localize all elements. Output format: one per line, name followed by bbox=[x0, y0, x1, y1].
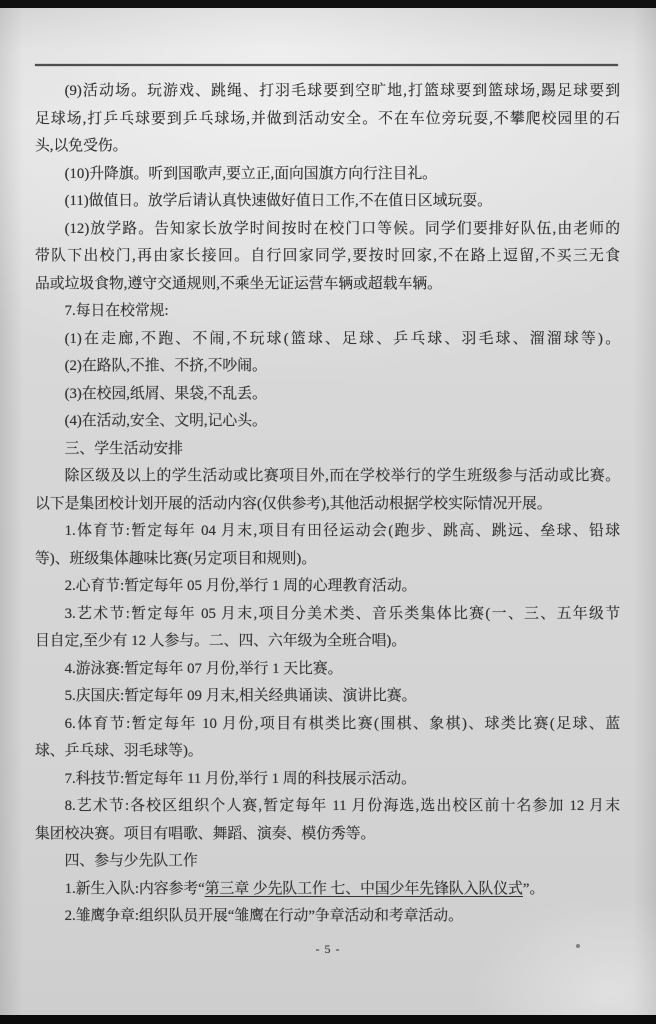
letterbox-bottom-bar bbox=[0, 1015, 656, 1024]
list-item-science-festival: 7.科技节:暂定每年 11 月份,举行 1 周的科技展示活动。 bbox=[35, 766, 620, 794]
list-item-sports-festival: 1.体育节:暂定每年 04 月末,项目有田径运动会(跑步、跳高、跳远、垒球、铅球 bbox=[35, 518, 620, 546]
list-item-swimming-contest: 4.游泳赛:暂定每年 07 月份,举行 1 天比赛。 bbox=[35, 656, 620, 684]
header-rule bbox=[35, 64, 618, 66]
text-line: 品或垃圾食物,遵守交通规则,不乘坐无证运营车辆或超载车辆。 bbox=[35, 271, 620, 299]
section-heading-student-activities: 三、学生活动安排 bbox=[35, 436, 620, 464]
text-line: (3)在校园,纸屑、果袋,不乱丢。 bbox=[35, 381, 620, 409]
list-item-art-festival-individual: 8.艺术节:各校区组织个人赛,暂定每年 11 月份海选,选出校区前十名参加 12… bbox=[35, 793, 620, 821]
text-line: 除区级及以上的学生活动或比赛项目外,而在学校举行的学生班级参与活动或比赛。 bbox=[35, 463, 620, 491]
list-item-national-day: 5.庆国庆:暂定每年 09 月末,相关经典诵读、演讲比赛。 bbox=[35, 683, 620, 711]
list-item-art-festival: 3.艺术节:暂定每年 05 月末,项目分美术类、音乐类集体比赛(一、三、五年级节 bbox=[35, 601, 620, 629]
text-line: 以下是集团校计划开展的活动内容(仅供参考),其他活动根据学校实际情况开展。 bbox=[35, 491, 620, 519]
list-item-mental-health-festival: 2.心育节:暂定每年 05 月份,举行 1 周的心理教育活动。 bbox=[35, 573, 620, 601]
document-body: (9)活动场。玩游戏、跳绳、打羽毛球要到空旷地,打篮球要到篮球场,踢足球要到 足… bbox=[35, 78, 620, 931]
text-line: 头,以免受伤。 bbox=[35, 133, 620, 161]
text-line: 目自定,至少有 12 人参与。二、四、六年级为全班合唱)。 bbox=[35, 628, 620, 656]
list-item-eaglet-badge: 2.雏鹰争章:组织队员开展“雏鹰在行动”争章活动和考章活动。 bbox=[35, 903, 620, 931]
text-segment: 1.新生入队:内容参考“ bbox=[65, 881, 205, 897]
text-line: (12)放学路。告知家长放学时间按时在校门口等候。同学们要排好队伍,由老师的 bbox=[35, 216, 620, 244]
text-line: 足球场,打乒乓球要到乒乓球场,并做到活动安全。不在车位旁玩耍,不攀爬校园里的石 bbox=[35, 106, 620, 134]
text-line: (10)升降旗。听到国歌声,要立正,面向国旗方向行注目礼。 bbox=[35, 161, 620, 189]
text-line: (9)活动场。玩游戏、跳绳、打羽毛球要到空旷地,打篮球要到篮球场,踢足球要到 bbox=[35, 78, 620, 106]
text-line: (2)在路队,不推、不挤,不吵闹。 bbox=[35, 353, 620, 381]
list-item-daily-rules: 7.每日在校常规: bbox=[35, 298, 620, 326]
letterbox-top-bar bbox=[0, 0, 656, 8]
text-line: 集团校决赛。项目有唱歌、舞蹈、演奏、模仿秀等。 bbox=[35, 821, 620, 849]
text-line: (11)做值日。放学后请认真快速做好值日工作,不在值日区域玩耍。 bbox=[35, 188, 620, 216]
text-line: 带队下出校门,再由家长接回。自行回家同学,要按时回家,不在路上逗留,不买三无食 bbox=[35, 243, 620, 271]
text-line: (4)在活动,安全、文明,记心头。 bbox=[35, 408, 620, 436]
list-item-new-member-induction: 1.新生入队:内容参考“第三章 少先队工作 七、中国少年先锋队入队仪式”。 bbox=[35, 876, 620, 904]
text-line: (1)在走廊,不跑、不闹,不玩球(篮球、足球、乒乓球、羽毛球、溜溜球等)。 bbox=[35, 326, 620, 354]
text-line: 球、乒乓球、羽毛球等)。 bbox=[35, 738, 620, 766]
text-line: 等)、班级集体趣味比赛(另定项目和规则)。 bbox=[35, 546, 620, 574]
text-segment: ”。 bbox=[523, 881, 544, 897]
page-number: - 5 - bbox=[0, 942, 656, 957]
section-heading-young-pioneers: 四、参与少先队工作 bbox=[35, 848, 620, 876]
list-item-sports-festival-oct: 6.体育节:暂定每年 10 月份,项目有棋类比赛(围棋、象棋)、球类比赛(足球、… bbox=[35, 711, 620, 739]
dust-speck bbox=[576, 944, 580, 948]
document-page: (9)活动场。玩游戏、跳绳、打羽毛球要到空旷地,打篮球要到篮球场,踢足球要到 足… bbox=[0, 0, 656, 1024]
referenced-chapter-title: 第三章 少先队工作 七、中国少年先锋队入队仪式 bbox=[205, 881, 523, 897]
